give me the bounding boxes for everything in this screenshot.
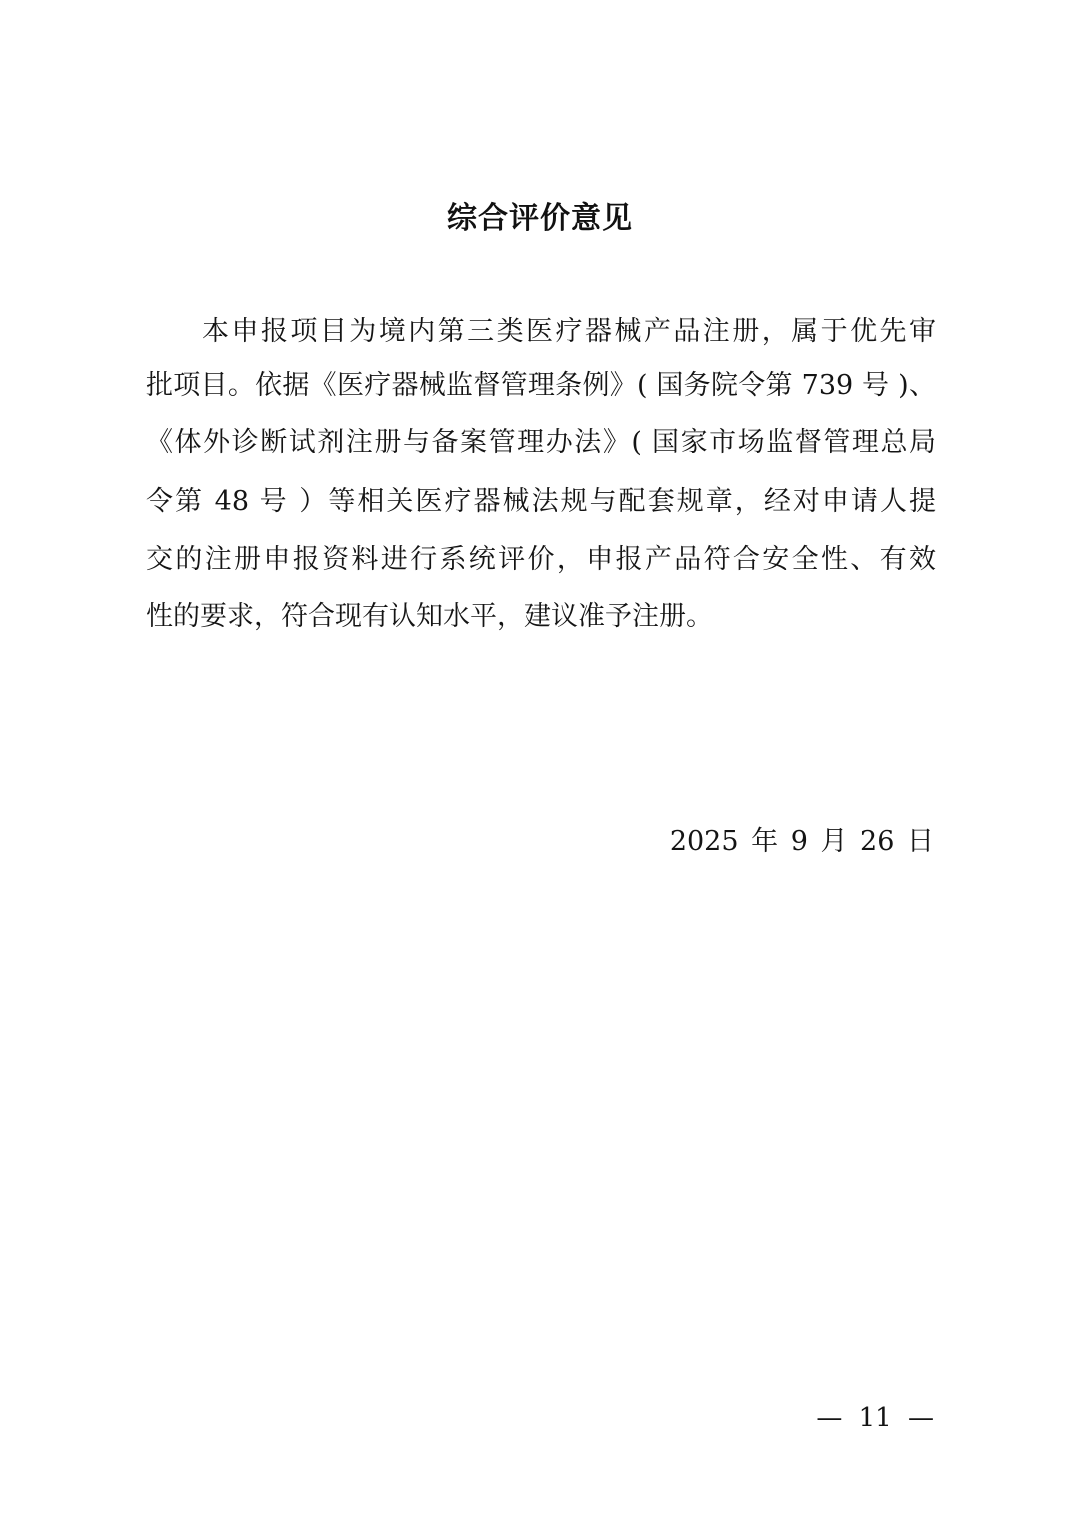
page-number: — 11 — [816,1400,934,1436]
paragraph-line: 《体外诊断试剂注册与备案管理办法》( 国家市场监督管理总局 [146,423,936,463]
paragraph-line: 性的要求，符合现有认知水平，建议准予注册。 [146,597,936,637]
paragraph-line: 令第 48 号 ）等相关医疗器械法规与配套规章，经对申请人提 [146,482,936,522]
document-page: 综合评价意见 本申报项目为境内第三类医疗器械产品注册，属于优先审 批项目。依据《… [0,0,1080,1527]
paragraph-line: 批项目。依据《医疗器械监督管理条例》( 国务院令第 739 号 )、 [146,366,936,406]
paragraph-line: 本申报项目为境内第三类医疗器械产品注册，属于优先审 [202,312,936,352]
paragraph-line: 交的注册申报资料进行系统评价，申报产品符合安全性、有效 [146,540,936,580]
document-title: 综合评价意见 [0,196,1080,242]
document-date: 2025 年 9 月 26 日 [670,822,934,862]
